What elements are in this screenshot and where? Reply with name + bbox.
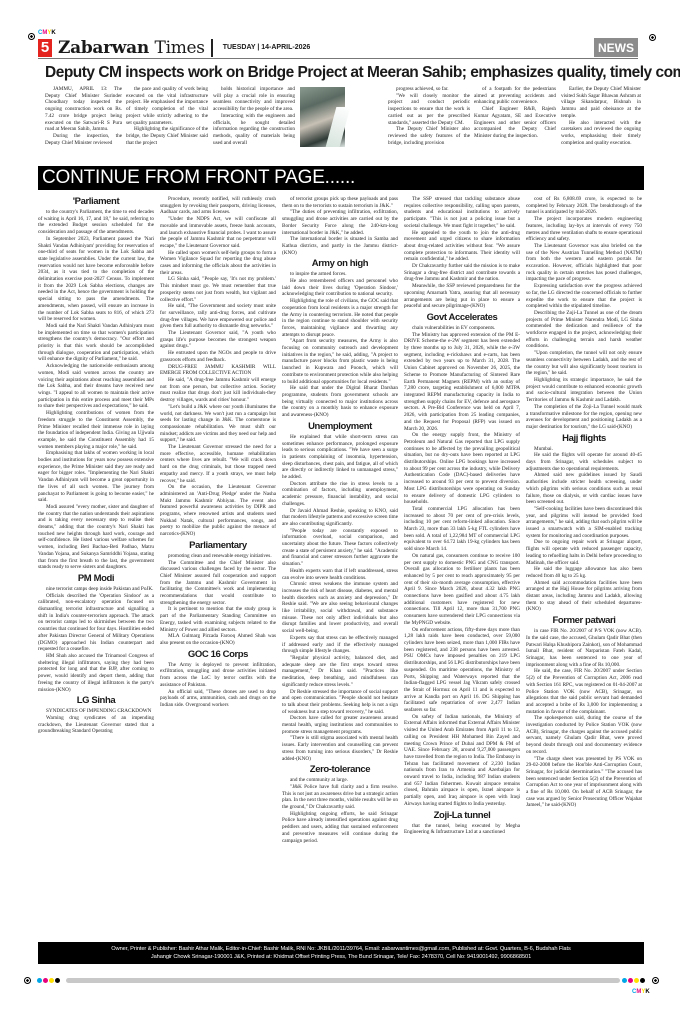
subhead-zoji-la-tunnel: Zoji-La tunnel: [404, 810, 520, 821]
paragraph: The international border is situated in …: [282, 236, 398, 256]
paragraph: Total commercial LPG allocation has been…: [404, 506, 520, 553]
swatch-yellow: [634, 978, 639, 983]
paragraph: Dr Reshie stressed the importance of soc…: [282, 689, 398, 716]
paragraph: holds historical importance and will pla…: [213, 86, 295, 113]
paper-name-bold: Zabarwan: [58, 38, 149, 58]
paragraph: "People today are constantly exposed to …: [282, 528, 398, 568]
paragraph: SYNDICATES OF IMPENDING CRACKDOWN: [38, 708, 154, 715]
story-pm-modi-body: nine terrorist camps deep inside Pakista…: [38, 586, 154, 693]
paragraph: Highlighting contributions of women from…: [38, 410, 154, 450]
paragraph: On natural gas, consumers continue to re…: [404, 553, 520, 627]
subhead-zero-tolerance: Zero-tolerance: [282, 764, 398, 775]
story-zoji-la-cont-body: cost of Rs 6,808.69 crore, is expected t…: [526, 196, 642, 431]
subhead-former-patwari: Former patwari: [526, 615, 642, 626]
lead-column-5: of a footpath for the pedestrians aimed …: [474, 86, 556, 152]
paragraph: in case FIR No. 20/2007 of P/S VOK (now …: [526, 628, 642, 668]
paper-name: Zabarwan Times: [58, 38, 205, 58]
story-army-body: to inspire the armed forces.He also reme…: [282, 271, 398, 418]
swatch-cyan: [37, 978, 42, 983]
paragraph: of a footpath for the pedestrians aimed …: [474, 86, 556, 106]
paragraph: He also interacted with the caretakers a…: [561, 120, 641, 147]
lead-column-3: holds historical importance and will pla…: [213, 86, 295, 152]
paragraph: Highlighting its strategic importance, h…: [526, 377, 642, 404]
paragraph: DRUG-FREE JAMMU KASHMIR WILL EMERGE FROM…: [160, 364, 276, 377]
story-parliament-body: to the country's Parliament, the time to…: [38, 209, 154, 571]
lead-story-photo: [300, 87, 345, 147]
subhead-parliamentary: Parliamentary: [160, 540, 276, 551]
subhead-pm-modi: PM Modi: [38, 573, 154, 584]
paragraph: He said the luggage allowance has also b…: [526, 566, 642, 579]
subhead-govt-accelerates: Govt Accelerates: [404, 312, 520, 323]
subhead-goc-16-corps: GOC 16 Corps: [160, 649, 276, 660]
paragraph: "Regular physical activity, balanced die…: [282, 655, 398, 689]
paragraph: nine terrorist camps deep inside Pakista…: [38, 586, 154, 593]
paragraph: "J&K Police have full clarity and a firm…: [282, 784, 398, 811]
paragraph: Chronic stress weakens the immune system…: [282, 581, 398, 635]
paragraph: of terrorist groups pick up these payloa…: [282, 196, 398, 209]
subhead-lg-sinha: LG Sinha: [38, 695, 154, 706]
paragraph: Warning drug syndicates of an impending …: [38, 715, 154, 735]
color-swatches-right: [622, 978, 645, 983]
paragraph: Modi assured "every mother, sister and d…: [38, 504, 154, 571]
subhead-parliament: 'Parliament: [38, 196, 154, 207]
paragraph: The project incorporates modern engineer…: [526, 216, 642, 243]
paragraph: He said, "A drug-free Jammu Kashmir will…: [160, 377, 276, 404]
paragraph: He said, "The Government and society mus…: [160, 303, 276, 330]
paragraph: Modi said the Nari Shakti Vandan Adhiniy…: [38, 323, 154, 363]
paragraph: "Apart from security measures, the Army …: [282, 338, 398, 385]
paragraph: that the tunnel, being executed by Megha…: [404, 823, 520, 836]
continuation-column-4: The SSP stressed that tackling substance…: [404, 196, 520, 938]
paragraph: MLA Gulmarg Pirzada Farooq Ahmed Shah wa…: [160, 633, 276, 646]
paragraph: During the inspection, the Deputy Chief …: [45, 133, 122, 146]
story-goc-cont-body: of terrorist groups pick up these payloa…: [282, 196, 398, 256]
paragraph: Doctors attribute the rise in stress lev…: [282, 481, 398, 508]
gray-register-bar: [66, 978, 620, 983]
color-swatches-left: [37, 978, 60, 983]
paragraph: JAMMU, APRIL 13: The Deputy Chief Minist…: [45, 86, 122, 133]
paragraph: Ahmed said accommodation facilities have…: [526, 580, 642, 614]
masthead-divider: [211, 39, 213, 57]
paragraph: HM Shah also accused the Trinamool Congr…: [38, 653, 154, 693]
paragraph: Expressing satisfaction over the progres…: [526, 283, 642, 310]
paragraph: Highlighting the significance of the bri…: [126, 126, 208, 146]
paragraph: He explained that while short-term stres…: [282, 434, 398, 481]
swatch-black: [640, 978, 645, 983]
paragraph: "Upon completion, the tunnel will not on…: [526, 350, 642, 377]
paragraph: It is pertinent to mention that the stud…: [160, 606, 276, 633]
paragraph: On the energy supply front, the Ministry…: [404, 432, 520, 506]
paragraph: "Let's build a J&K where our youth illum…: [160, 404, 276, 444]
paragraph: In September 2023, Parliament passed the…: [38, 236, 154, 323]
paragraph: The Army is deployed to prevent infiltra…: [160, 662, 276, 689]
paragraph: Meanwhile, the SSP reviewed preparedness…: [404, 283, 520, 310]
paragraph: On enforcement actions, fifty-three days…: [404, 627, 520, 714]
paragraph: On the occasion, the Lieutenant Governor…: [160, 484, 276, 538]
story-ssp-body: The SSP stressed that tackling substance…: [404, 196, 520, 310]
swatch-yellow: [49, 978, 54, 983]
paragraph: Health experts warn that if left unaddre…: [282, 568, 398, 581]
story-patwari-body: in case FIR No. 20/2007 of P/S VOK (now …: [526, 628, 642, 809]
paragraph: Acknowledging the nationwide enthusiasm …: [38, 363, 154, 410]
section-tag: NEWS: [594, 38, 638, 57]
paragraph: Doctors have called for greater awarenes…: [282, 715, 398, 735]
paragraph: Earlier, the Deputy Chief Minister visit…: [561, 86, 641, 120]
paragraph: progress achieved, so far.: [388, 86, 470, 93]
story-lg-sinha-body: SYNDICATES OF IMPENDING CRACKDOWNWarning…: [38, 708, 154, 735]
swatch-magenta: [628, 978, 633, 983]
paragraph: "We will closely monitor the project and…: [388, 93, 470, 127]
continuation-column-5: cost of Rs 6,808.69 crore, is expected t…: [526, 196, 642, 938]
paragraph: The Lieutenant Governor stressed the nee…: [160, 444, 276, 484]
paragraph: "The charge sheet was presented by PS VO…: [526, 756, 642, 810]
registration-mark-bottom-right: [652, 977, 659, 984]
page-number: 5: [38, 39, 52, 57]
swatch-black: [55, 978, 60, 983]
paper-name-thin: Times: [155, 38, 205, 58]
registration-mark-top-right: [649, 34, 656, 41]
paragraph: cost of Rs 6,808.69 crore, is expected t…: [526, 196, 642, 216]
registration-mark-bottom-left: [24, 977, 31, 984]
paragraph: "The duties of preventing infiltration, …: [282, 209, 398, 236]
paragraph: the pace and quality of work being execu…: [126, 86, 208, 126]
paragraph: chain vulnerabilities in EV components.: [404, 325, 520, 332]
lead-column-1: JAMMU, APRIL 13: The Deputy Chief Minist…: [45, 86, 122, 152]
paragraph: Ahmed said new guidelines issued by Saud…: [526, 472, 642, 506]
paragraph: Dr Javaid Ahmad Reshie, speaking to KNO,…: [282, 508, 398, 528]
lead-headline: Deputy CM inspects work on Bridge Projec…: [45, 64, 665, 82]
swatch-magenta: [43, 978, 48, 983]
paragraph: He entrusted upon the NGOs and people to…: [160, 350, 276, 363]
issue-date: TUESDAY | 14-APRIL-2026: [223, 44, 311, 51]
continuation-column-3: of terrorist groups pick up these payloa…: [282, 196, 398, 938]
paragraph: to the country's Parliament, the time to…: [38, 209, 154, 236]
paragraph: He also remembered officers and personne…: [282, 278, 398, 298]
paragraph: promoting clean and renewable energy ini…: [160, 553, 276, 560]
imprint-footer: Owner, Printer & Publisher: Bashir Athar…: [38, 942, 644, 964]
paragraph: Describing the Zoji-La Tunnel as one of …: [526, 310, 642, 350]
paragraph: The Ministry has approved extension of t…: [404, 332, 520, 433]
paragraph: Experts say that stress can be effective…: [282, 635, 398, 655]
paragraph: Highlighting the role of civilians, the …: [282, 298, 398, 338]
cmyk-label-top: CMYK: [38, 30, 56, 36]
story-zero-tolerance-body: and the community at large."J&K Police h…: [282, 777, 398, 844]
paragraph: Due to ongoing repair work at Srinagar a…: [526, 539, 642, 566]
paragraph: He said, the case, FIR No. 20/2007 under…: [526, 668, 642, 715]
paragraph: Highlighting ongoing efforts, he said Sr…: [282, 811, 398, 845]
paragraph: The SSP stressed that tackling substance…: [404, 196, 520, 230]
continuation-column-2: Procedure, recently notified, will ruthl…: [160, 196, 276, 938]
paragraph: Dr Chakravarthy further said the mission…: [404, 263, 520, 283]
story-zoji-la-body: that the tunnel, being executed by Megha…: [404, 823, 520, 836]
lead-column-6: Earlier, the Deputy Chief Minister visit…: [561, 86, 641, 152]
paragraph: He called upon women's self-help groups …: [160, 250, 276, 277]
paragraph: Interacting with the engineers and offic…: [213, 113, 295, 147]
story-govt-accelerates-body: chain vulnerabilities in EV components.T…: [404, 325, 520, 808]
story-hajj-body: Mumbai.He said the flights will operate …: [526, 446, 642, 614]
paragraph: The spokesperson said, during the course…: [526, 715, 642, 755]
paragraph: The completion of the Zoji-La Tunnel wou…: [526, 404, 642, 431]
registration-mark-top-left: [28, 33, 35, 40]
paragraph: The Committee and the Chief Minister als…: [160, 560, 276, 607]
paragraph: An official said, "These drones are used…: [160, 689, 276, 709]
paragraph: "Under the NDPS Act, we will confiscate …: [160, 216, 276, 250]
story-goc-body: The Army is deployed to prevent infiltra…: [160, 662, 276, 709]
subhead-hajj-flights: Hajj flights: [526, 433, 642, 444]
story-parliamentary-body: promoting clean and renewable energy ini…: [160, 553, 276, 647]
story-unemployment-body: He explained that while short-term stres…: [282, 434, 398, 762]
paragraph: Chief Engineer R&B, Rajesh Kumar Agyatam…: [474, 106, 556, 140]
paragraph: He said the flights will operate for aro…: [526, 452, 642, 472]
lead-column-2: the pace and quality of work being execu…: [126, 86, 208, 152]
paragraph: He appealed to the youth to join the ant…: [404, 230, 520, 264]
imprint-line-1: Owner, Printer & Publisher: Bashir Athar…: [38, 945, 644, 953]
paragraph: "Self-cooking facilities have been disco…: [526, 506, 642, 540]
continue-banner: CONTINUE FROM FRONT PAGE......: [38, 166, 644, 190]
paragraph: Procedure, recently notified, will ruthl…: [160, 196, 276, 216]
paragraph: Officials described the 'Operation Sindo…: [38, 593, 154, 653]
swatch-cyan: [622, 978, 627, 983]
paragraph: The Lieutenant Governor was also briefed…: [526, 243, 642, 283]
paragraph: On safety of Indian nationals, the Minis…: [404, 714, 520, 808]
continuation-column-1: 'Parliament to the country's Parliament,…: [38, 196, 154, 938]
paragraph: The Lieutenant Governor said, "A youth w…: [160, 330, 276, 350]
story-lg-sinha-cont-body: Procedure, recently notified, will ruthl…: [160, 196, 276, 538]
paragraph: "There is still stigma associated with m…: [282, 735, 398, 762]
imprint-line-2: Jahangir Chowk Srinagar-190001 J&K, Prin…: [38, 953, 644, 961]
paragraph: LG Sinha said, "People say, 'It's not my…: [160, 276, 276, 303]
paragraph: and the community at large.: [282, 777, 398, 784]
subhead-unemployment: Unemployment: [282, 421, 398, 432]
paragraph: The Deputy Chief Minister also reviewed …: [388, 126, 470, 146]
paragraph: Emphasising that lakhs of women working …: [38, 450, 154, 504]
lead-column-4: progress achieved, so far."We will close…: [388, 86, 470, 152]
subhead-army-on-high: Army on high: [282, 258, 398, 269]
cmyk-label-bottom: CMYK: [632, 989, 650, 995]
paragraph: He said that under the Digital Bharat Da…: [282, 385, 398, 419]
masthead: 5 Zabarwan Times TUESDAY | 14-APRIL-2026: [38, 37, 638, 59]
